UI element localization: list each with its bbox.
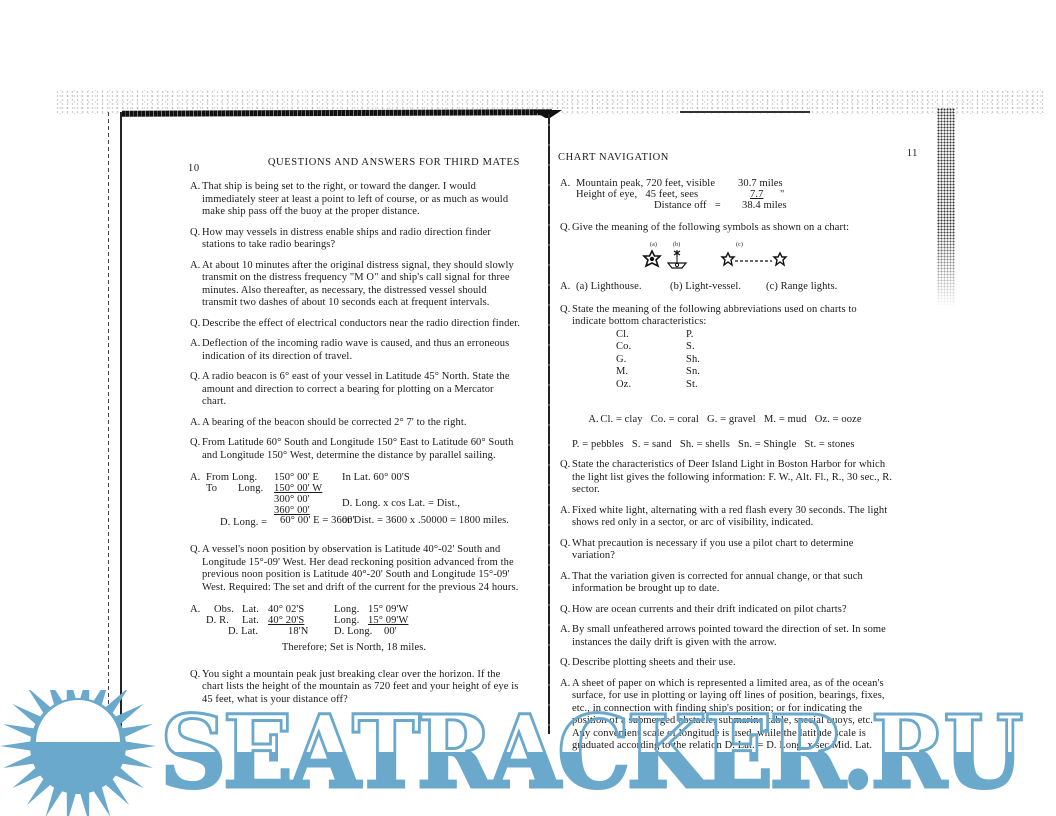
lat-note: In Lat. 60° 00'S xyxy=(342,472,410,485)
right-page-edge xyxy=(937,108,955,308)
abbreviation-list: Cl.P.Co.S.G.Sh.M.Sn.Oz.St. xyxy=(616,329,893,392)
set-drift-answer: A. Obs. Lat. 40° 02'S Long. 15° 09'W D. … xyxy=(188,604,520,655)
answer-mark: A. xyxy=(190,472,200,485)
question-item: Q.How are ocean currents and their drift… xyxy=(558,604,893,617)
abbreviation: Co. xyxy=(616,341,686,354)
running-head-right: CHART NAVIGATION 11 xyxy=(558,148,893,166)
answer-item: A.A bearing of the beacon should be corr… xyxy=(188,417,520,430)
answer-item: A.By small unfeathered arrows pointed to… xyxy=(558,624,893,649)
seatracker-watermark: SEATRACKER.RU SEATRACKER.RU xyxy=(0,690,1056,816)
dist-result: or Dist. = 3600 x .50000 = 1800 miles. xyxy=(342,515,509,528)
answer-item: A.At about 10 minutes after the original… xyxy=(188,260,520,310)
question-item: Q.How may vessels in distress enable shi… xyxy=(188,227,520,252)
question-item: Q.State the characteristics of Deer Isla… xyxy=(558,459,893,497)
sun-logo-icon xyxy=(0,690,160,816)
abbreviation: P. xyxy=(686,329,756,342)
qa-symbols-question: Q.Give the meaning of the following symb… xyxy=(558,222,893,235)
abbreviation: Sn. xyxy=(686,366,756,379)
question-item: Q.A radio beacon is 6° east of your vess… xyxy=(188,371,520,409)
dlong-label: D. Long. = xyxy=(220,517,267,530)
dist-formula: D. Long. x cos Lat. = Dist., xyxy=(342,498,460,511)
abbreviation: G. xyxy=(616,354,686,367)
left-page-edge xyxy=(120,112,122,730)
question-item: Q.Describe plotting sheets and their use… xyxy=(558,657,893,670)
answer-item: A.That ship is being set to the right, o… xyxy=(188,181,520,219)
page-number: 10 xyxy=(188,163,200,176)
book-top-edge-right xyxy=(680,111,810,113)
question-item: Q.What precaution is necessary if you us… xyxy=(558,538,893,563)
answer-item: A.That the variation given is corrected … xyxy=(558,571,893,596)
answer-item: A.Deflection of the incoming radio wave … xyxy=(188,338,520,363)
distance-answer: A. Mountain peak, 720 feet, visible 30.7… xyxy=(558,178,893,214)
to-long-label: Long. xyxy=(238,483,263,496)
abbr-answer: A.Cl. = clay Co. = coral G. = gravel M. … xyxy=(558,401,893,451)
chart-symbols: (a) (b) (c) xyxy=(558,239,893,281)
lighthouse-symbol-icon xyxy=(642,249,662,271)
qa-set-drift-question: Q.A vessel's noon position by observatio… xyxy=(188,544,520,594)
page-number: 11 xyxy=(907,148,918,161)
abbreviation: M. xyxy=(616,366,686,379)
right-page: CHART NAVIGATION 11 A. Mountain peak, 72… xyxy=(558,148,893,753)
parallel-sailing-answer: A. From Long. 150° 00' E In Lat. 60° 00'… xyxy=(188,472,520,536)
question-item: Q.Describe the effect of electrical cond… xyxy=(188,318,520,331)
book-spine xyxy=(548,114,550,734)
set-drift-conclusion: Therefore; Set is North, 18 miles. xyxy=(188,642,520,655)
answer-item: A.Fixed white light, alternating with a … xyxy=(558,505,893,530)
abbreviation: Oz. xyxy=(616,379,686,392)
running-head-left: 10 QUESTIONS AND ANSWERS FOR THIRD MATES xyxy=(188,155,520,173)
symbols-answer: A. (a) Lighthouse. (b) Light-vessel. (c)… xyxy=(558,281,893,294)
to-label: To xyxy=(206,483,217,496)
question-item: Q.From Latitude 60° South and Longitude … xyxy=(188,437,520,462)
abbreviation: St. xyxy=(686,379,756,392)
page-edge-shadow xyxy=(108,112,109,712)
abbreviation: Cl. xyxy=(616,329,686,342)
left-page: 10 QUESTIONS AND ANSWERS FOR THIRD MATES… xyxy=(188,155,520,706)
light-vessel-symbol-icon xyxy=(666,249,688,271)
running-head-title: CHART NAVIGATION xyxy=(558,152,669,165)
abbreviation: S. xyxy=(686,341,756,354)
range-lights-symbol-icon xyxy=(720,249,788,271)
book-top-edge xyxy=(122,109,552,117)
running-head-title: QUESTIONS AND ANSWERS FOR THIRD MATES xyxy=(268,157,520,170)
abbreviation: Sh. xyxy=(686,354,756,367)
qa-abbr-question: Q.State the meaning of the following abb… xyxy=(558,304,893,329)
